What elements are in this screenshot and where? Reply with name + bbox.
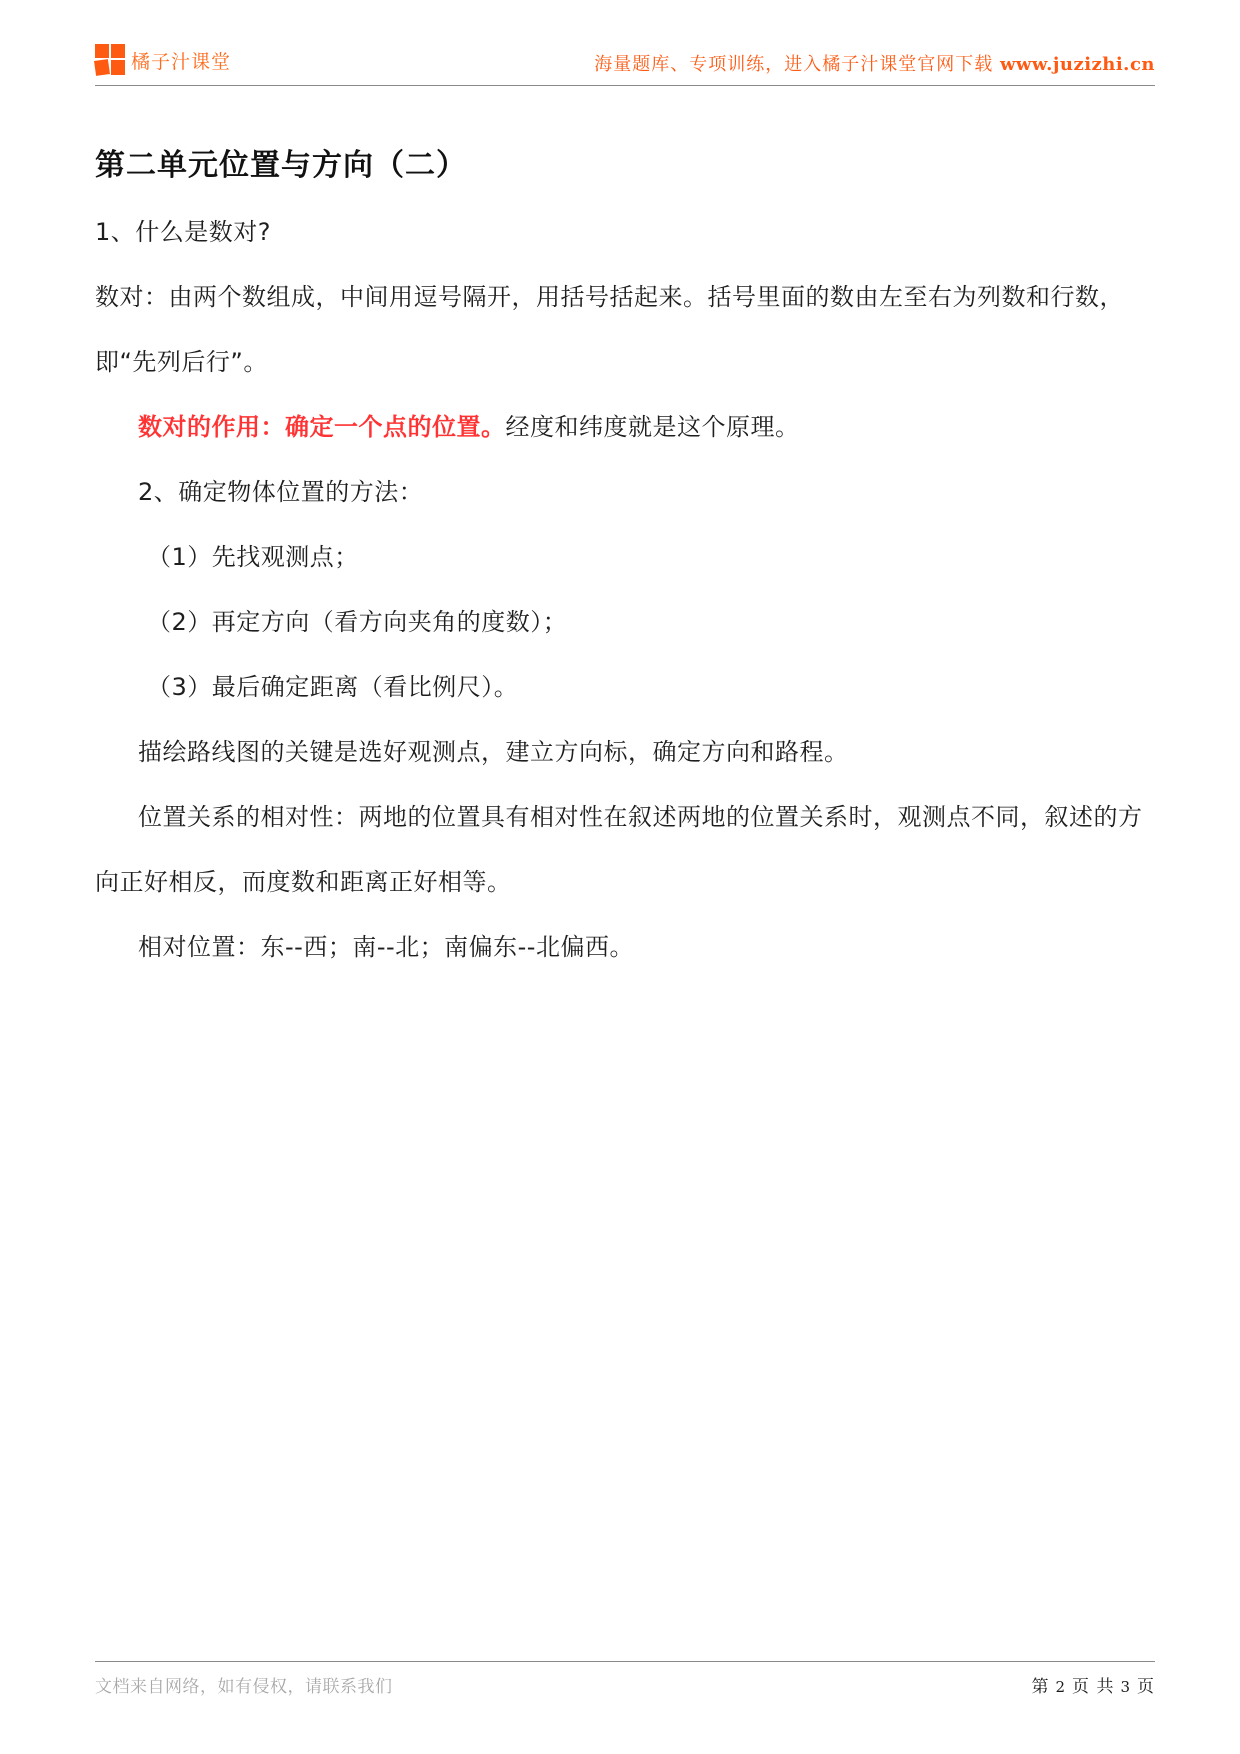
route-key-paragraph: 描绘路线图的关键是选好观测点，建立方向标，确定方向和路程。: [95, 720, 1155, 785]
page-indicator: 第2页 共3页: [1032, 1672, 1156, 1697]
total-pages: 3: [1120, 1678, 1131, 1696]
brand-logo[interactable]: 橘子汁课堂: [95, 44, 231, 76]
page-suffix: 页: [1137, 1677, 1155, 1697]
question-1: 1、什么是数对?: [95, 200, 1155, 265]
footer-disclaimer: 文档来自网络，如有侵权，请联系我们: [95, 1672, 393, 1697]
header-divider: [95, 85, 1155, 86]
page-title: 第二单元位置与方向（二）: [95, 140, 1155, 192]
logo-squares-icon: [95, 44, 125, 76]
step-item: （3）最后确定距离（看比例尺）。: [95, 655, 1155, 720]
website-link[interactable]: www.juzizhi.cn: [1000, 54, 1155, 75]
slogan-text: 海量题库、专项训练，进入橘子汁课堂官网下载: [594, 54, 993, 75]
usage-rest: 经度和纬度就是这个原理。: [506, 413, 800, 441]
step-item: （2）再定方向（看方向夹角的度数）；: [95, 590, 1155, 655]
step-item: （1）先找观测点；: [95, 525, 1155, 590]
page-header: 橘子汁课堂 海量题库、专项训练，进入橘子汁课堂官网下载 www.juzizhi.…: [95, 40, 1155, 84]
relative-positions-paragraph: 相对位置：东--西；南--北；南偏东--北偏西。: [95, 915, 1155, 980]
page-prefix: 第: [1032, 1677, 1050, 1697]
question-2: 2、确定物体位置的方法：: [95, 460, 1155, 525]
footer-divider: [95, 1661, 1155, 1662]
relativity-paragraph: 位置关系的相对性：两地的位置具有相对性在叙述两地的位置关系时，观测点不同，叙述的…: [95, 785, 1155, 915]
document-body: 第二单元位置与方向（二） 1、什么是数对? 数对：由两个数组成，中间用逗号隔开，…: [95, 140, 1155, 980]
header-slogan: 海量题库、专项训练，进入橘子汁课堂官网下载 www.juzizhi.cn: [594, 50, 1155, 76]
usage-paragraph: 数对的作用：确定一个点的位置。经度和纬度就是这个原理。: [95, 395, 1155, 460]
brand-name: 橘子汁课堂: [131, 47, 231, 74]
definition-paragraph: 数对：由两个数组成，中间用逗号隔开，用括号括起来。括号里面的数由左至右为列数和行…: [95, 265, 1155, 395]
usage-highlight: 数对的作用：确定一个点的位置。: [138, 413, 506, 441]
page-mid: 页 共: [1072, 1677, 1114, 1697]
current-page: 2: [1056, 1678, 1067, 1696]
